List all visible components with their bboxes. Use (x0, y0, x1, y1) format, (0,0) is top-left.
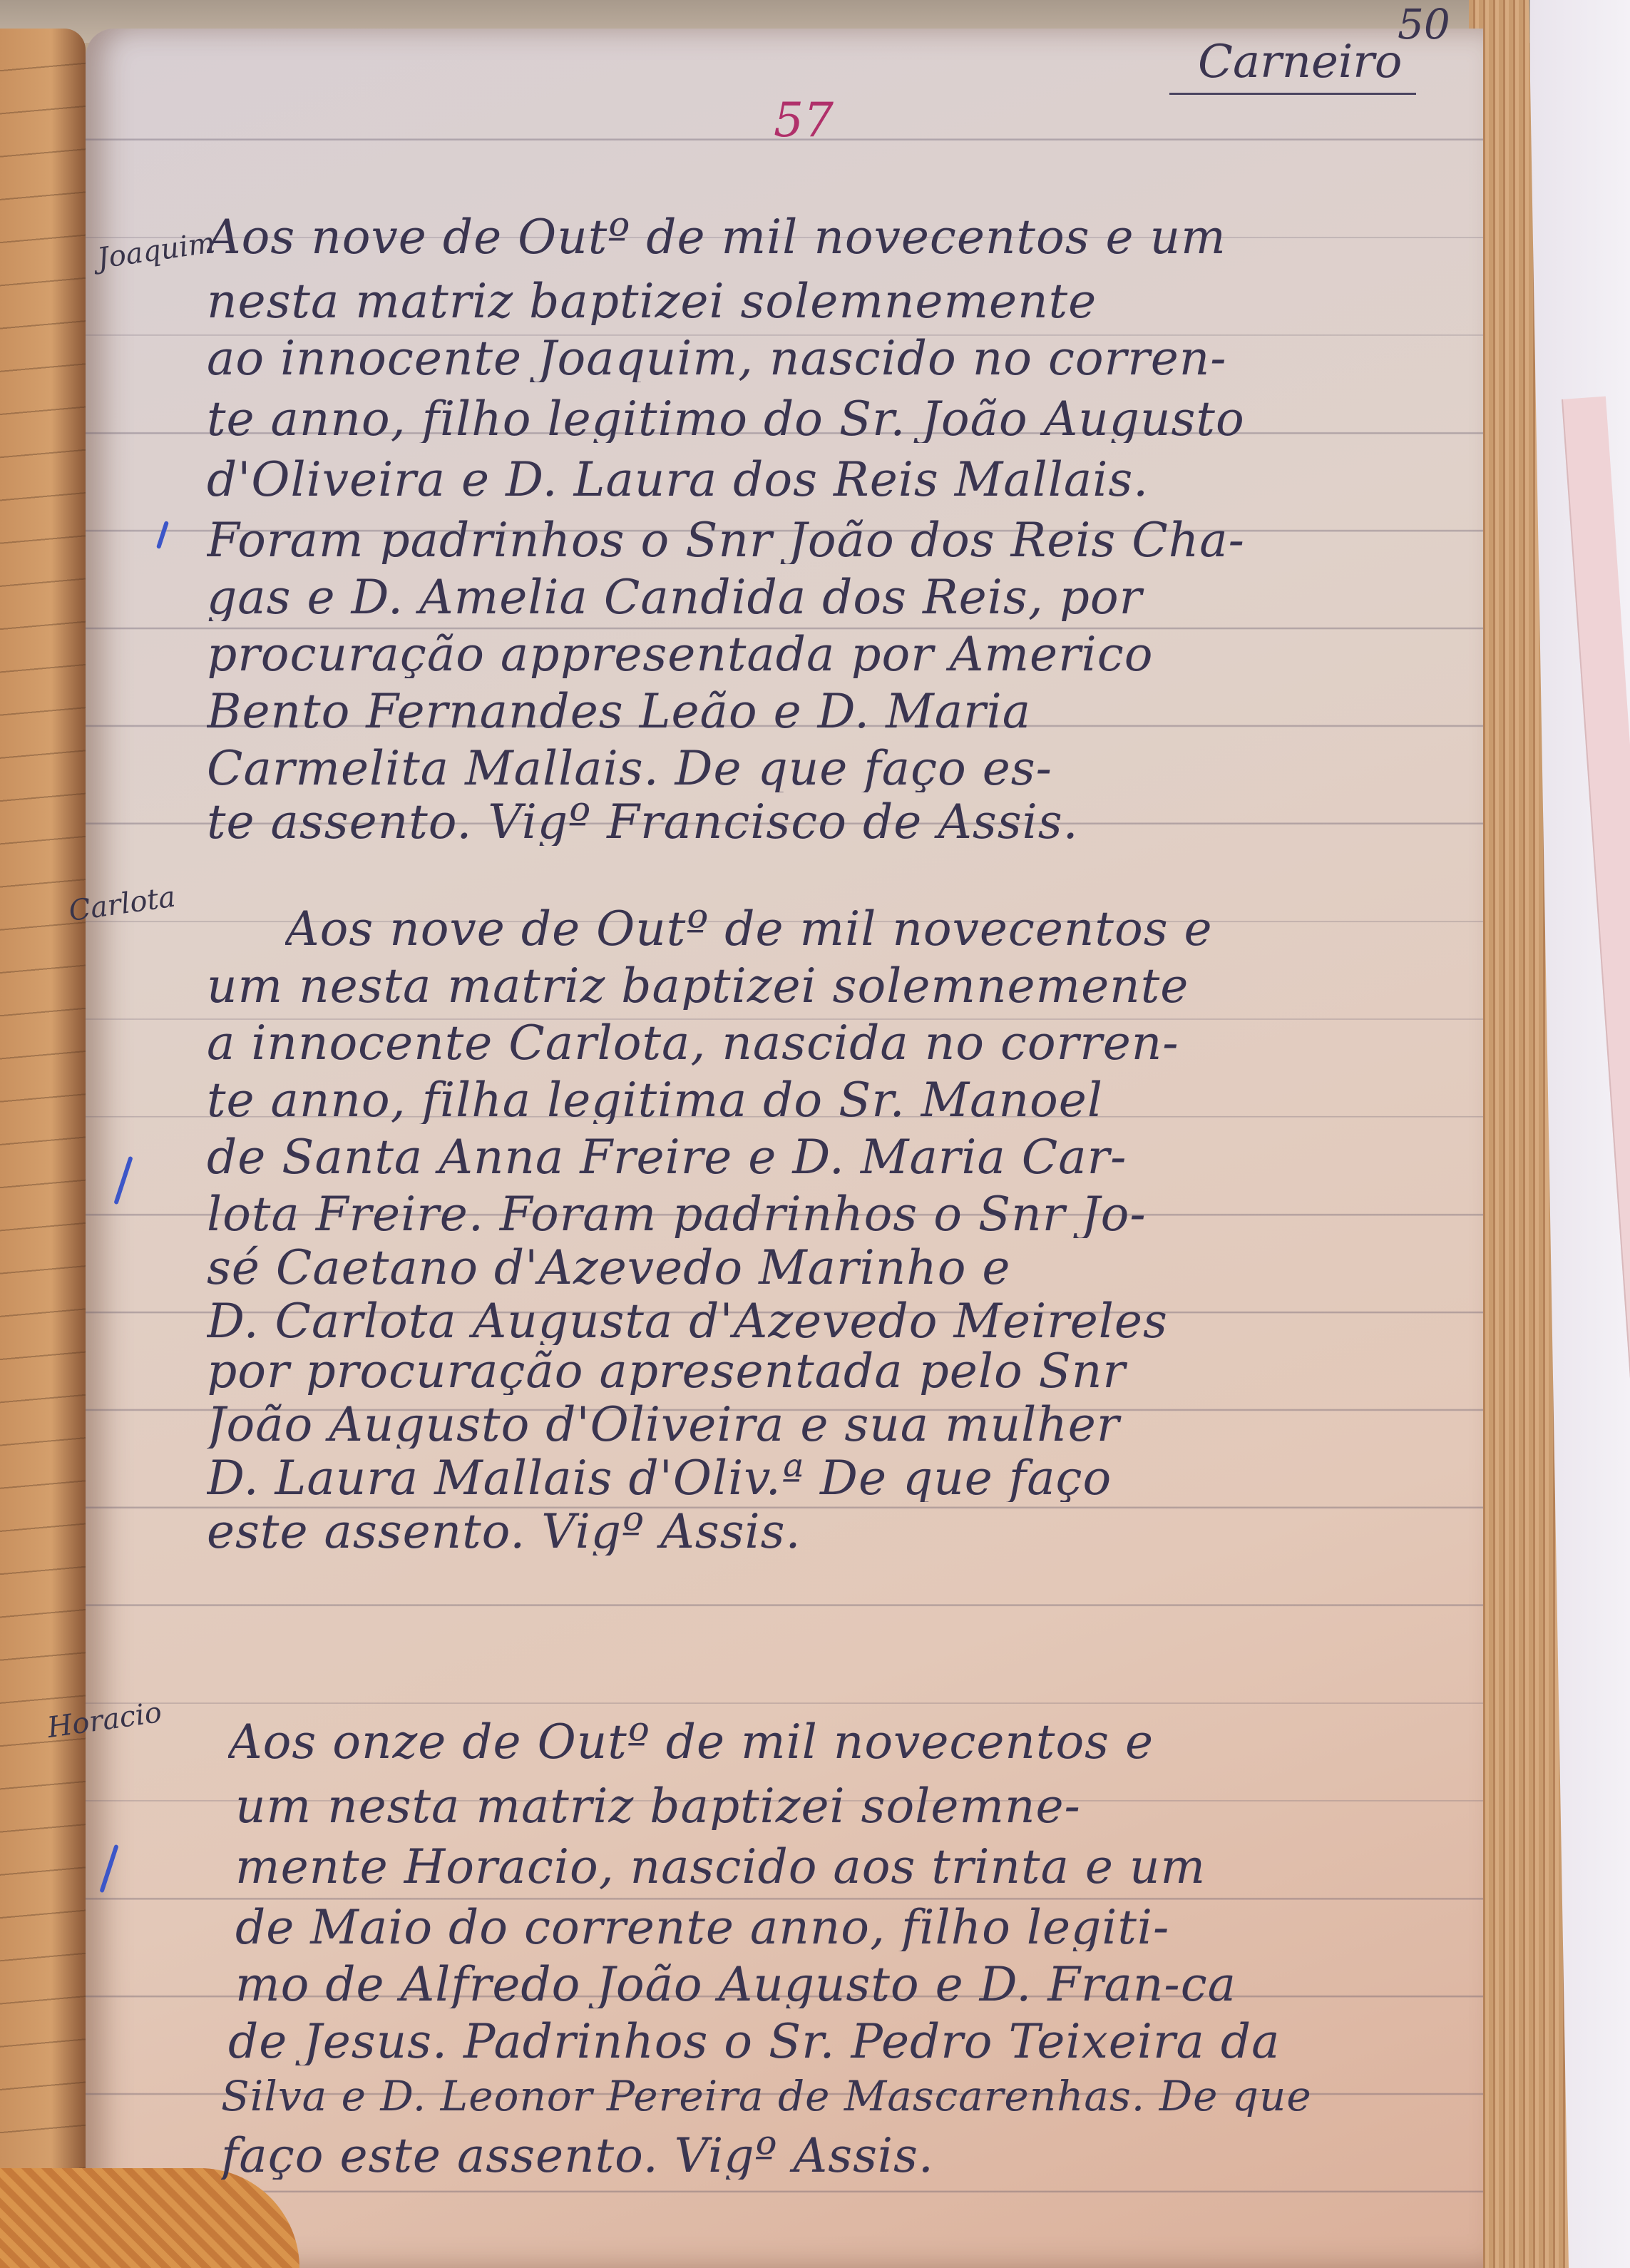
entry-line: mo de Alfredo João Augusto e D. Fran-ca (235, 1961, 1433, 2008)
entry-line: ao innocente Joaquim, nascido no corren- (207, 335, 1405, 382)
entry-line: te anno, filho legitimo do Sr. João Augu… (207, 396, 1405, 443)
entry-line: de Jesus. Padrinhos o Sr. Pedro Teixeira… (228, 2018, 1426, 2065)
entry-line: Aos nove de Outº de mil novecentos e um (207, 214, 1405, 261)
left-page-edge (0, 29, 86, 2268)
entry-line: João Augusto d'Oliveira e sua mulher (207, 1401, 1405, 1449)
entry-line: lota Freire. Foram padrinhos o Snr Jo- (207, 1191, 1405, 1238)
entry-line: um nesta matriz baptizei solemnemente (207, 963, 1405, 1010)
entry-line: Bento Fernandes Leão e D. Maria (207, 688, 1405, 735)
page-number: 57 (774, 93, 834, 148)
entry-line: mente Horacio, nascido aos trinta e um (235, 1844, 1433, 1891)
entry-line: D. Laura Mallais d'Oliv.ª De que faço (207, 1455, 1405, 1502)
entry-line: um nesta matriz baptizei solemne- (235, 1783, 1433, 1830)
entry-line: D. Carlota Augusta d'Azevedo Meireles (207, 1298, 1405, 1345)
entry-line: faço este assento. Vigº Assis. (221, 2132, 1419, 2180)
entry-line: Foram padrinhos o Snr João dos Reis Cha- (207, 517, 1405, 564)
register-label: Carneiro (1169, 36, 1416, 95)
entry-line: por procuração apresentada pelo Snr (207, 1348, 1405, 1395)
entry-line: Aos nove de Outº de mil novecentos e (285, 906, 1483, 953)
entry-line: a innocente Carlota, nascida no corren- (207, 1020, 1405, 1067)
entry-line: Aos onze de Outº de mil novecentos e (228, 1719, 1426, 1766)
entry-line: Carmelita Mallais. De que faço es- (207, 745, 1405, 792)
entry-line: de Santa Anna Freire e D. Maria Car- (207, 1134, 1405, 1181)
entry-line: te assento. Vigº Francisco de Assis. (207, 799, 1405, 846)
entry-line: gas e D. Amelia Candida dos Reis, por (207, 574, 1405, 621)
entry-line: sé Caetano d'Azevedo Marinho e (207, 1245, 1405, 1292)
entry-line: procuração appresentada por Americo (207, 631, 1405, 678)
entry-line: d'Oliveira e D. Laura dos Reis Mallais. (207, 456, 1405, 504)
entry-line: este assento. Vigº Assis. (207, 1508, 1405, 1556)
entry-line: te anno, filha legitima do Sr. Manoel (207, 1077, 1405, 1124)
entry-line: de Maio do corrente anno, filho legiti- (235, 1904, 1433, 1951)
entry-line: Silva e D. Leonor Pereira de Mascarenhas… (221, 2075, 1419, 2117)
entry-line: nesta matriz baptizei solemnemente (207, 278, 1405, 325)
